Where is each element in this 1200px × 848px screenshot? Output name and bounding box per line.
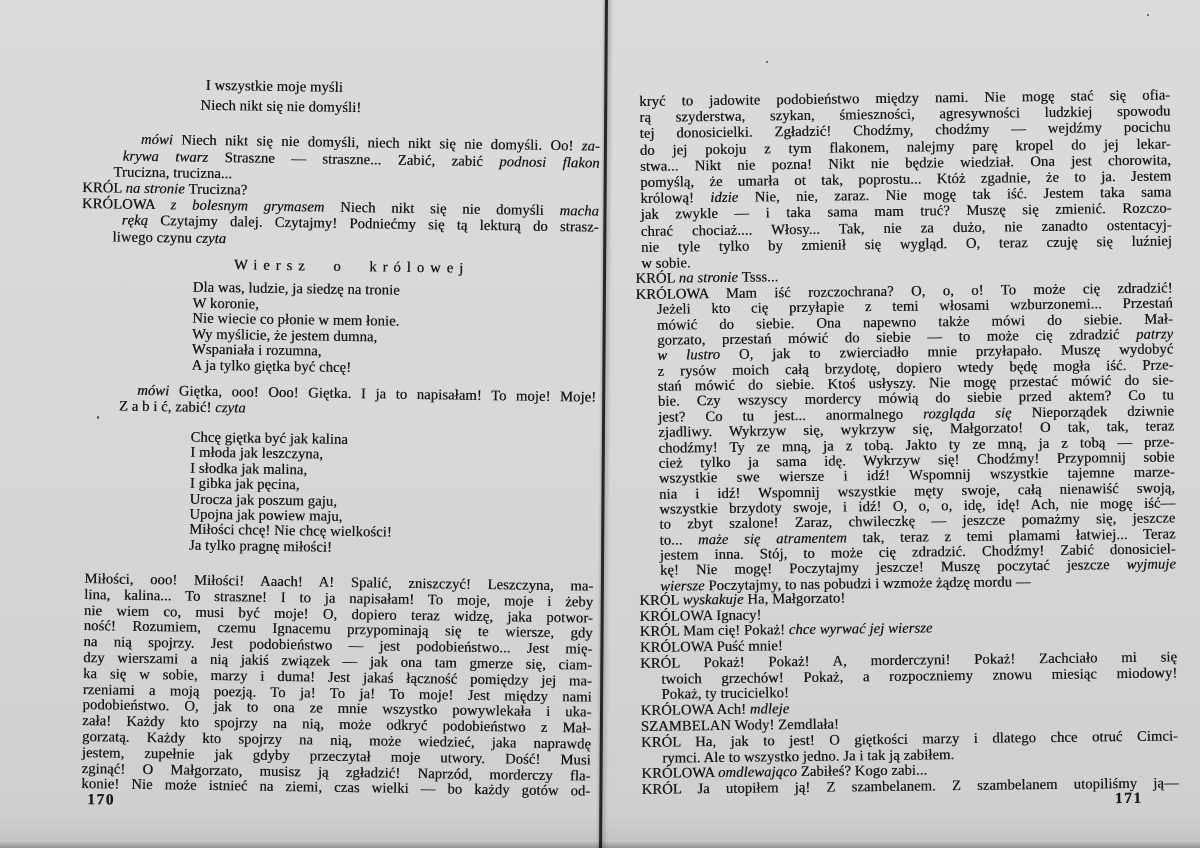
dust-speck <box>97 416 99 419</box>
page-number-right: 171 <box>1115 790 1143 808</box>
verse-line: I wszystkie moje myśli <box>206 78 601 100</box>
scan-bottom-edge <box>0 841 1200 848</box>
page-gutter-divider <box>599 0 608 848</box>
page-left: 170 I wszystkie moje myśliNiech nikt się… <box>72 0 602 848</box>
dust-speck <box>1147 14 1149 16</box>
book-scan: 170 I wszystkie moje myśliNiech nikt się… <box>0 0 1200 848</box>
dust-speck <box>766 61 768 63</box>
page-right: 171 kryć to jadowite podobieństwo między… <box>632 0 1179 848</box>
page-number-left: 170 <box>87 791 115 809</box>
verse-line: Niech nikt się nie domyśli! <box>200 98 600 120</box>
poem-title: Wiersz o królowej <box>105 255 598 278</box>
